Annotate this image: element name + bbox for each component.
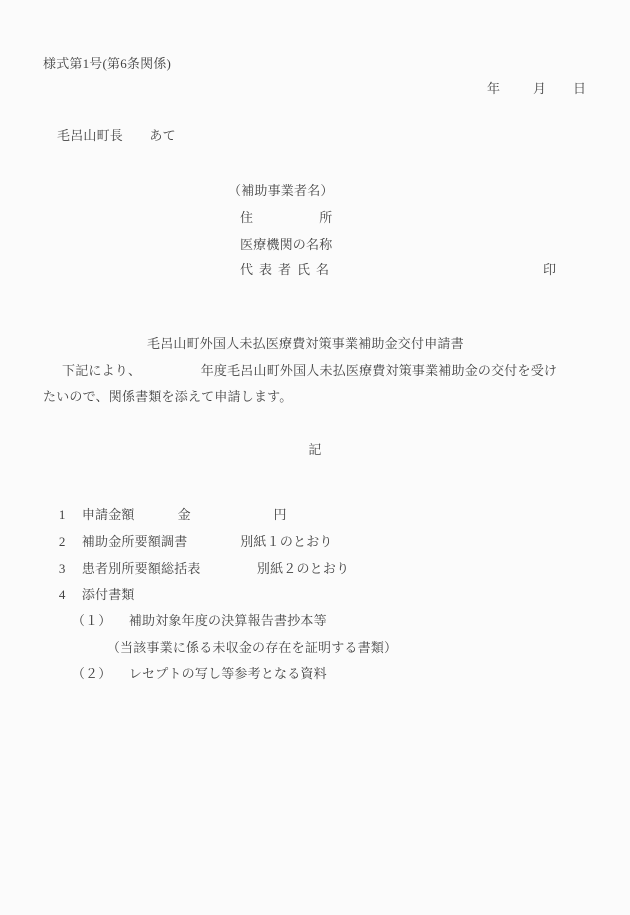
seal-mark: 印 (543, 262, 556, 278)
date-day-label: 日 (573, 81, 586, 97)
form-number: 様式第1号(第6条関係) (43, 56, 171, 72)
body-paragraph-line2: たいので、関係書類を添えて申請します。 (43, 389, 293, 405)
application-form-page: 様式第1号(第6条関係) 年 月 日 毛呂山町長 あて （補助事業者名） 住 所… (0, 0, 630, 915)
list-subitem-2: （２）レセプトの写し等参考となる資料 (58, 650, 327, 698)
address-label: 住 所 (240, 210, 332, 226)
list-item-text: レセプトの写し等参考となる資料 (129, 666, 327, 681)
document-title: 毛呂山町外国人未払医療費対策事業補助金交付申請書 (147, 336, 464, 352)
date-year-label: 年 (487, 81, 500, 97)
institution-name-label: 医療機関の名称 (240, 237, 332, 253)
body-paragraph-line1: 下記により、 年度毛呂山町外国人未払医療費対策事業補助金の交付を受け (62, 363, 557, 379)
applicant-heading: （補助事業者名） (228, 183, 334, 199)
ki-heading: 記 (0, 442, 630, 458)
list-item-number: （２） (72, 666, 129, 682)
addressee-line: 毛呂山町長 あて (57, 128, 176, 144)
representative-name-label: 代表者氏名 (240, 262, 335, 278)
date-month-label: 月 (533, 81, 546, 97)
